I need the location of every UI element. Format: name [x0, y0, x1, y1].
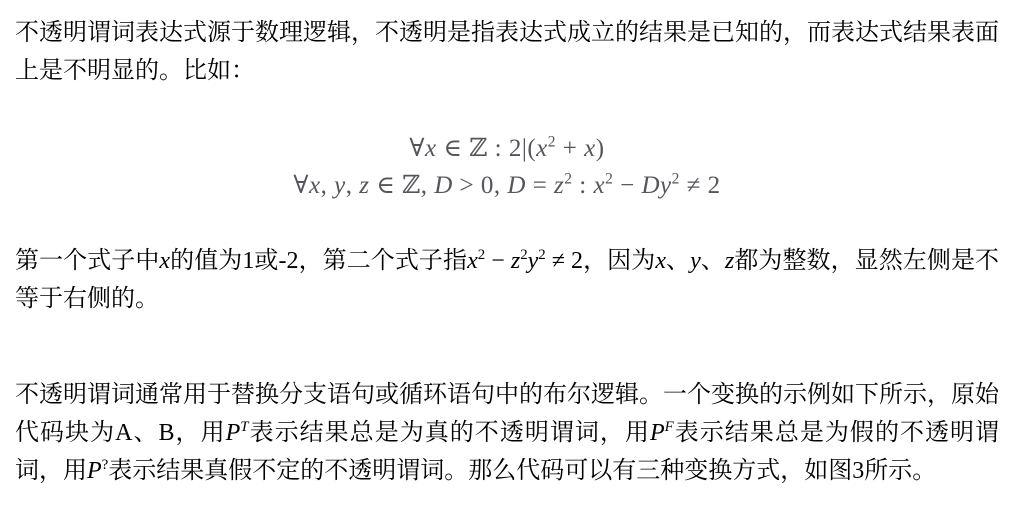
- formula-block: ∀x ∈ ℤ : 2|(x2 + x) ∀x, y, z ∈ ℤ, D > 0,…: [15, 130, 999, 204]
- formula-line-1: ∀x ∈ ℤ : 2|(x2 + x): [15, 130, 999, 167]
- paragraph-intro: 不透明谓词表达式源于数理逻辑，不透明是指表达式成立的结果是已知的，而表达式结果表…: [15, 14, 999, 90]
- paragraph-opaque-predicate-usage: 不透明谓词通常用于替换分支语句或循环语句中的布尔逻辑。一个变换的示例如下所示，原…: [15, 376, 999, 490]
- formula-line-2: ∀x, y, z ∈ ℤ, D > 0, D = z2 : x2 − Dy2 ≠…: [15, 167, 999, 204]
- paragraph-explanation: 第一个式子中x的值为1或-2，第二个式子指x2 − z2y2 ≠ 2，因为x、y…: [15, 242, 999, 318]
- document-page: 不透明谓词表达式源于数理逻辑，不透明是指表达式成立的结果是已知的，而表达式结果表…: [0, 0, 1015, 528]
